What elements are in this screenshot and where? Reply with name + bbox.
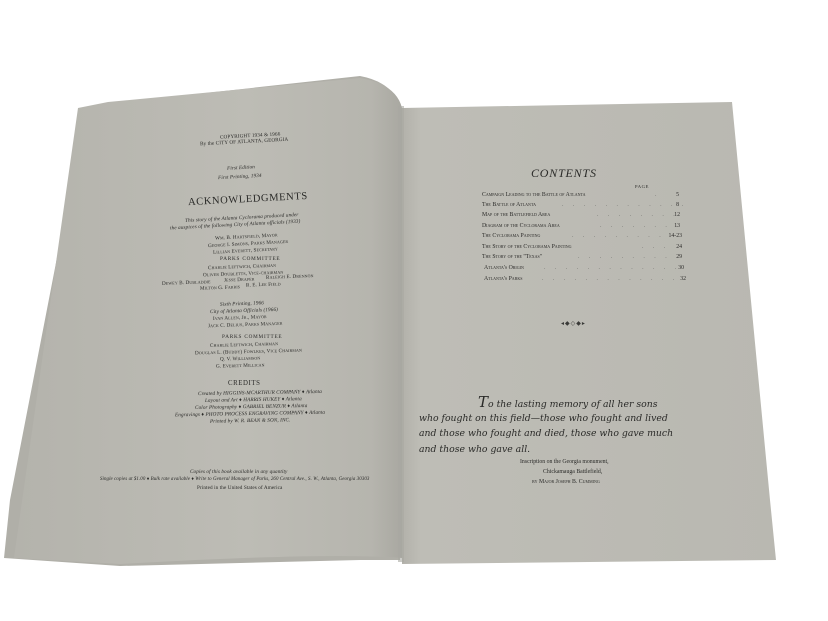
credits-title: CREDITS (228, 380, 261, 387)
toc-entry-label: Campaign Leading to the Battle of Atlant… (482, 192, 586, 198)
memorial-quote-line-2: who fought on this field—those who fough… (419, 411, 668, 427)
committee1-member-field: R. E. Lee Field (246, 281, 281, 288)
toc-entry-page: 13 (674, 223, 680, 229)
toc-entry-label: The Story of the Cyclorama Painting (482, 244, 571, 250)
toc-leader-dots: . . . . . . . . . . . . . (544, 265, 680, 271)
toc-entry-label: The Cyclorama Painting (482, 233, 540, 239)
contents-title: CONTENTS (531, 166, 597, 181)
toc-entry-page: 5 (676, 192, 679, 198)
quote-line-1-rest: o the lasting memory of all her sons (488, 399, 657, 410)
table-of-contents: Campaign Leading to the Battle of Atlant… (482, 192, 682, 292)
toc-entry: The Story of the Cyclorama Painting . . … (482, 244, 682, 253)
left-page: COPYRIGHT 1934 & 1966 By the CITY OF ATL… (70, 100, 400, 540)
memorial-quote-line-3: and those who fought and died, those who… (419, 426, 673, 442)
toc-entry: The Battle of Atlanta . . . . . . . . . … (482, 202, 679, 211)
toc-entry-page: 14-23 (668, 233, 682, 239)
attribution-line-1: Inscription on the Georgia monument, (520, 457, 609, 467)
toc-entry-label: The Battle of Atlanta (482, 202, 536, 208)
toc-leader-dots: . (655, 192, 660, 198)
toc-entry: Map of the Battlefield Area . . . . . . … (482, 212, 680, 221)
toc-leader-dots: . . . . . . . . . . . . (562, 202, 687, 208)
memorial-quote-line-1: TTo the lasting memory of all her sonso … (478, 395, 657, 413)
copyright-line-2: By the CITY OF ATLANTA, GEORGIA (200, 137, 289, 148)
toc-entry: Atlanta's Parks . . . . . . . . . . . . … (484, 276, 686, 285)
parks-committee-heading-2: PARKS COMMITTEE (222, 334, 282, 340)
right-page: CONTENTS PAGE Campaign Leading to the Ba… (400, 100, 730, 540)
committee2-member-williamson: Q. V. Williamson (220, 355, 260, 362)
toc-leader-dots: . . . . . . . . (600, 223, 682, 229)
toc-entry-label: Map of the Battlefield Area (482, 212, 550, 218)
edition-label: First Edition (227, 164, 255, 171)
toc-entry: Diagram of the Cyclorama Area . . . . . … (482, 223, 680, 232)
ornament-divider: ◂◆◇◆▸ (561, 320, 586, 327)
toc-leader-dots: . . . . . . . . (597, 212, 679, 218)
toc-entry-page: 12 (674, 212, 680, 218)
toc-leader-dots: . . . . . . . . . . . . . (542, 276, 678, 282)
toc-entry: The Story of the "Texas" . . . . . . . .… (482, 254, 682, 263)
printing-label: First Printing, 1934 (218, 173, 262, 181)
toc-entry-page: 30 (678, 265, 684, 271)
drop-cap: T (478, 393, 488, 411)
toc-leader-dots: . . . . . . . . . (578, 254, 671, 260)
toc-entry-label: The Story of the "Texas" (482, 254, 542, 260)
toc-entry-label: Atlanta's Parks (484, 276, 522, 282)
attribution-line-2: Chickamauga Battlefield, (543, 467, 602, 477)
page-column-label: PAGE (635, 184, 649, 189)
toc-entry-page: 29 (676, 254, 682, 260)
toc-entry: Campaign Leading to the Battle of Atlant… (482, 192, 679, 201)
toc-entry-page: 32 (680, 276, 686, 282)
acknowledgments-title: ACKNOWLEDGMENTS (188, 191, 308, 208)
credit-created-by: Created by HIGGINS-MCARTHUR COMPANY ♦ At… (198, 389, 322, 397)
parks-committee-heading-1: PARKS COMMITTEE (220, 256, 280, 262)
official-parks-manager-1966: Jack C. Delius, Parks Manager (208, 321, 283, 330)
toc-entry: The Cyclorama Painting . . . . . . . . .… (482, 233, 682, 242)
footer-ordering: Single copies at $1.00 ♦ Bulk rate avail… (100, 477, 369, 482)
toc-leader-dots: . . . (642, 244, 669, 250)
toc-entry-page: 24 (676, 244, 682, 250)
footer-printed-in: Printed in the United States of America (197, 485, 282, 491)
attribution-line-3: by Major Joseph B. Cumming (532, 477, 600, 487)
toc-leader-dots: . . . . . . . . . (572, 233, 665, 239)
toc-entry-label: Atlanta's Origin (484, 265, 524, 271)
toc-entry-page: 8 (676, 202, 679, 208)
committee2-member-millican: G. Everett Millican (216, 362, 265, 369)
committee1-member-farris: Milton G. Farris (200, 284, 240, 291)
memorial-quote-line-4: and those who gave all. (419, 442, 530, 458)
open-booklet: COPYRIGHT 1934 & 1966 By the CITY OF ATL… (0, 0, 828, 621)
credit-printed-by: Printed by W. R. BEAN & SON, INC. (210, 417, 291, 424)
footer-availability: Copies of this book available in any qua… (190, 469, 287, 475)
committee1-member-drennon: Raleigh E. Drennon (266, 273, 314, 281)
toc-entry-label: Diagram of the Cyclorama Area (482, 223, 560, 229)
toc-entry: Atlanta's Origin . . . . . . . . . . . .… (484, 265, 684, 274)
